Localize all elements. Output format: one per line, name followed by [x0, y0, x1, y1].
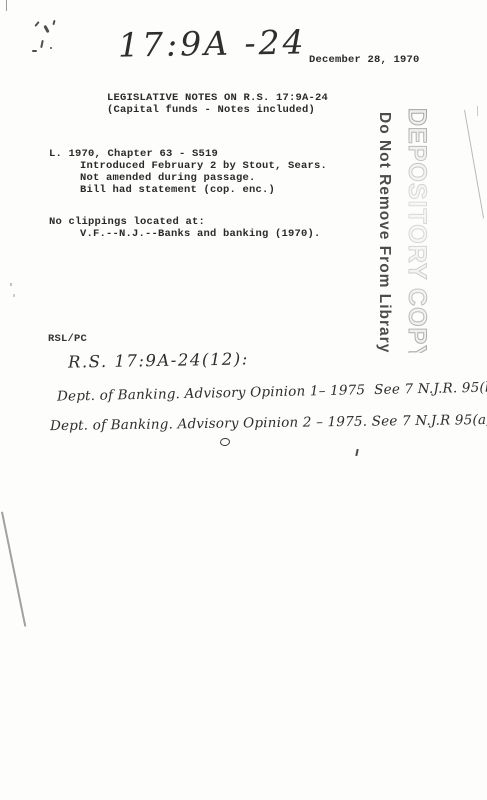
scratch-mark-bottom-left [1, 512, 26, 627]
ink-smudge [32, 50, 37, 52]
document-date: December 28, 1970 [309, 54, 420, 66]
ink-smudge [52, 20, 55, 25]
pen-loop-mark [219, 437, 230, 446]
handwritten-statute-number: 17:9A -24 [118, 22, 307, 64]
title-line-2: (Capital funds - Notes included) [107, 104, 315, 116]
scanned-document-page: 17:9A -24 December 28, 1970 LEGISLATIVE … [0, 0, 487, 800]
title-line-1: LEGISLATIVE NOTES ON R.S. 17:9A-24 [107, 92, 328, 104]
detail-line-amended: Not amended during passage. [80, 172, 256, 184]
pen-tick-mark [355, 449, 358, 456]
handwritten-note-opinion-1: Dept. of Banking. Advisory Opinion 1– 19… [57, 379, 487, 404]
do-not-remove-stamp: Do Not Remove From Library [375, 112, 393, 352]
edge-speck [13, 294, 15, 297]
ink-smudge [43, 25, 49, 33]
clippings-reference: V.F.--N.J.--Banks and banking (1970). [80, 228, 321, 240]
ink-smudge [50, 47, 52, 49]
scratch-mark-top-right [464, 110, 484, 219]
clippings-heading: No clippings located at: [49, 216, 205, 228]
ink-smudge [34, 21, 39, 27]
handwritten-note-citation: R.S. 17:9A-24(12): [68, 349, 249, 371]
detail-line-statement: Bill had statement (cop. enc.) [80, 184, 275, 196]
edge-speck [10, 283, 12, 286]
handwritten-note-opinion-2: Dept. of Banking. Advisory Opinion 2 – 1… [50, 412, 487, 434]
chapter-line: L. 1970, Chapter 63 - S519 [49, 148, 218, 160]
depository-copy-stamp: DEPOSITORY COPY [402, 108, 431, 353]
typist-initials: RSL/PC [48, 333, 87, 345]
ink-smudge [40, 40, 44, 48]
edge-speck [477, 106, 478, 116]
edge-speck [6, 0, 7, 11]
detail-line-introduced: Introduced February 2 by Stout, Sears. [80, 160, 327, 172]
